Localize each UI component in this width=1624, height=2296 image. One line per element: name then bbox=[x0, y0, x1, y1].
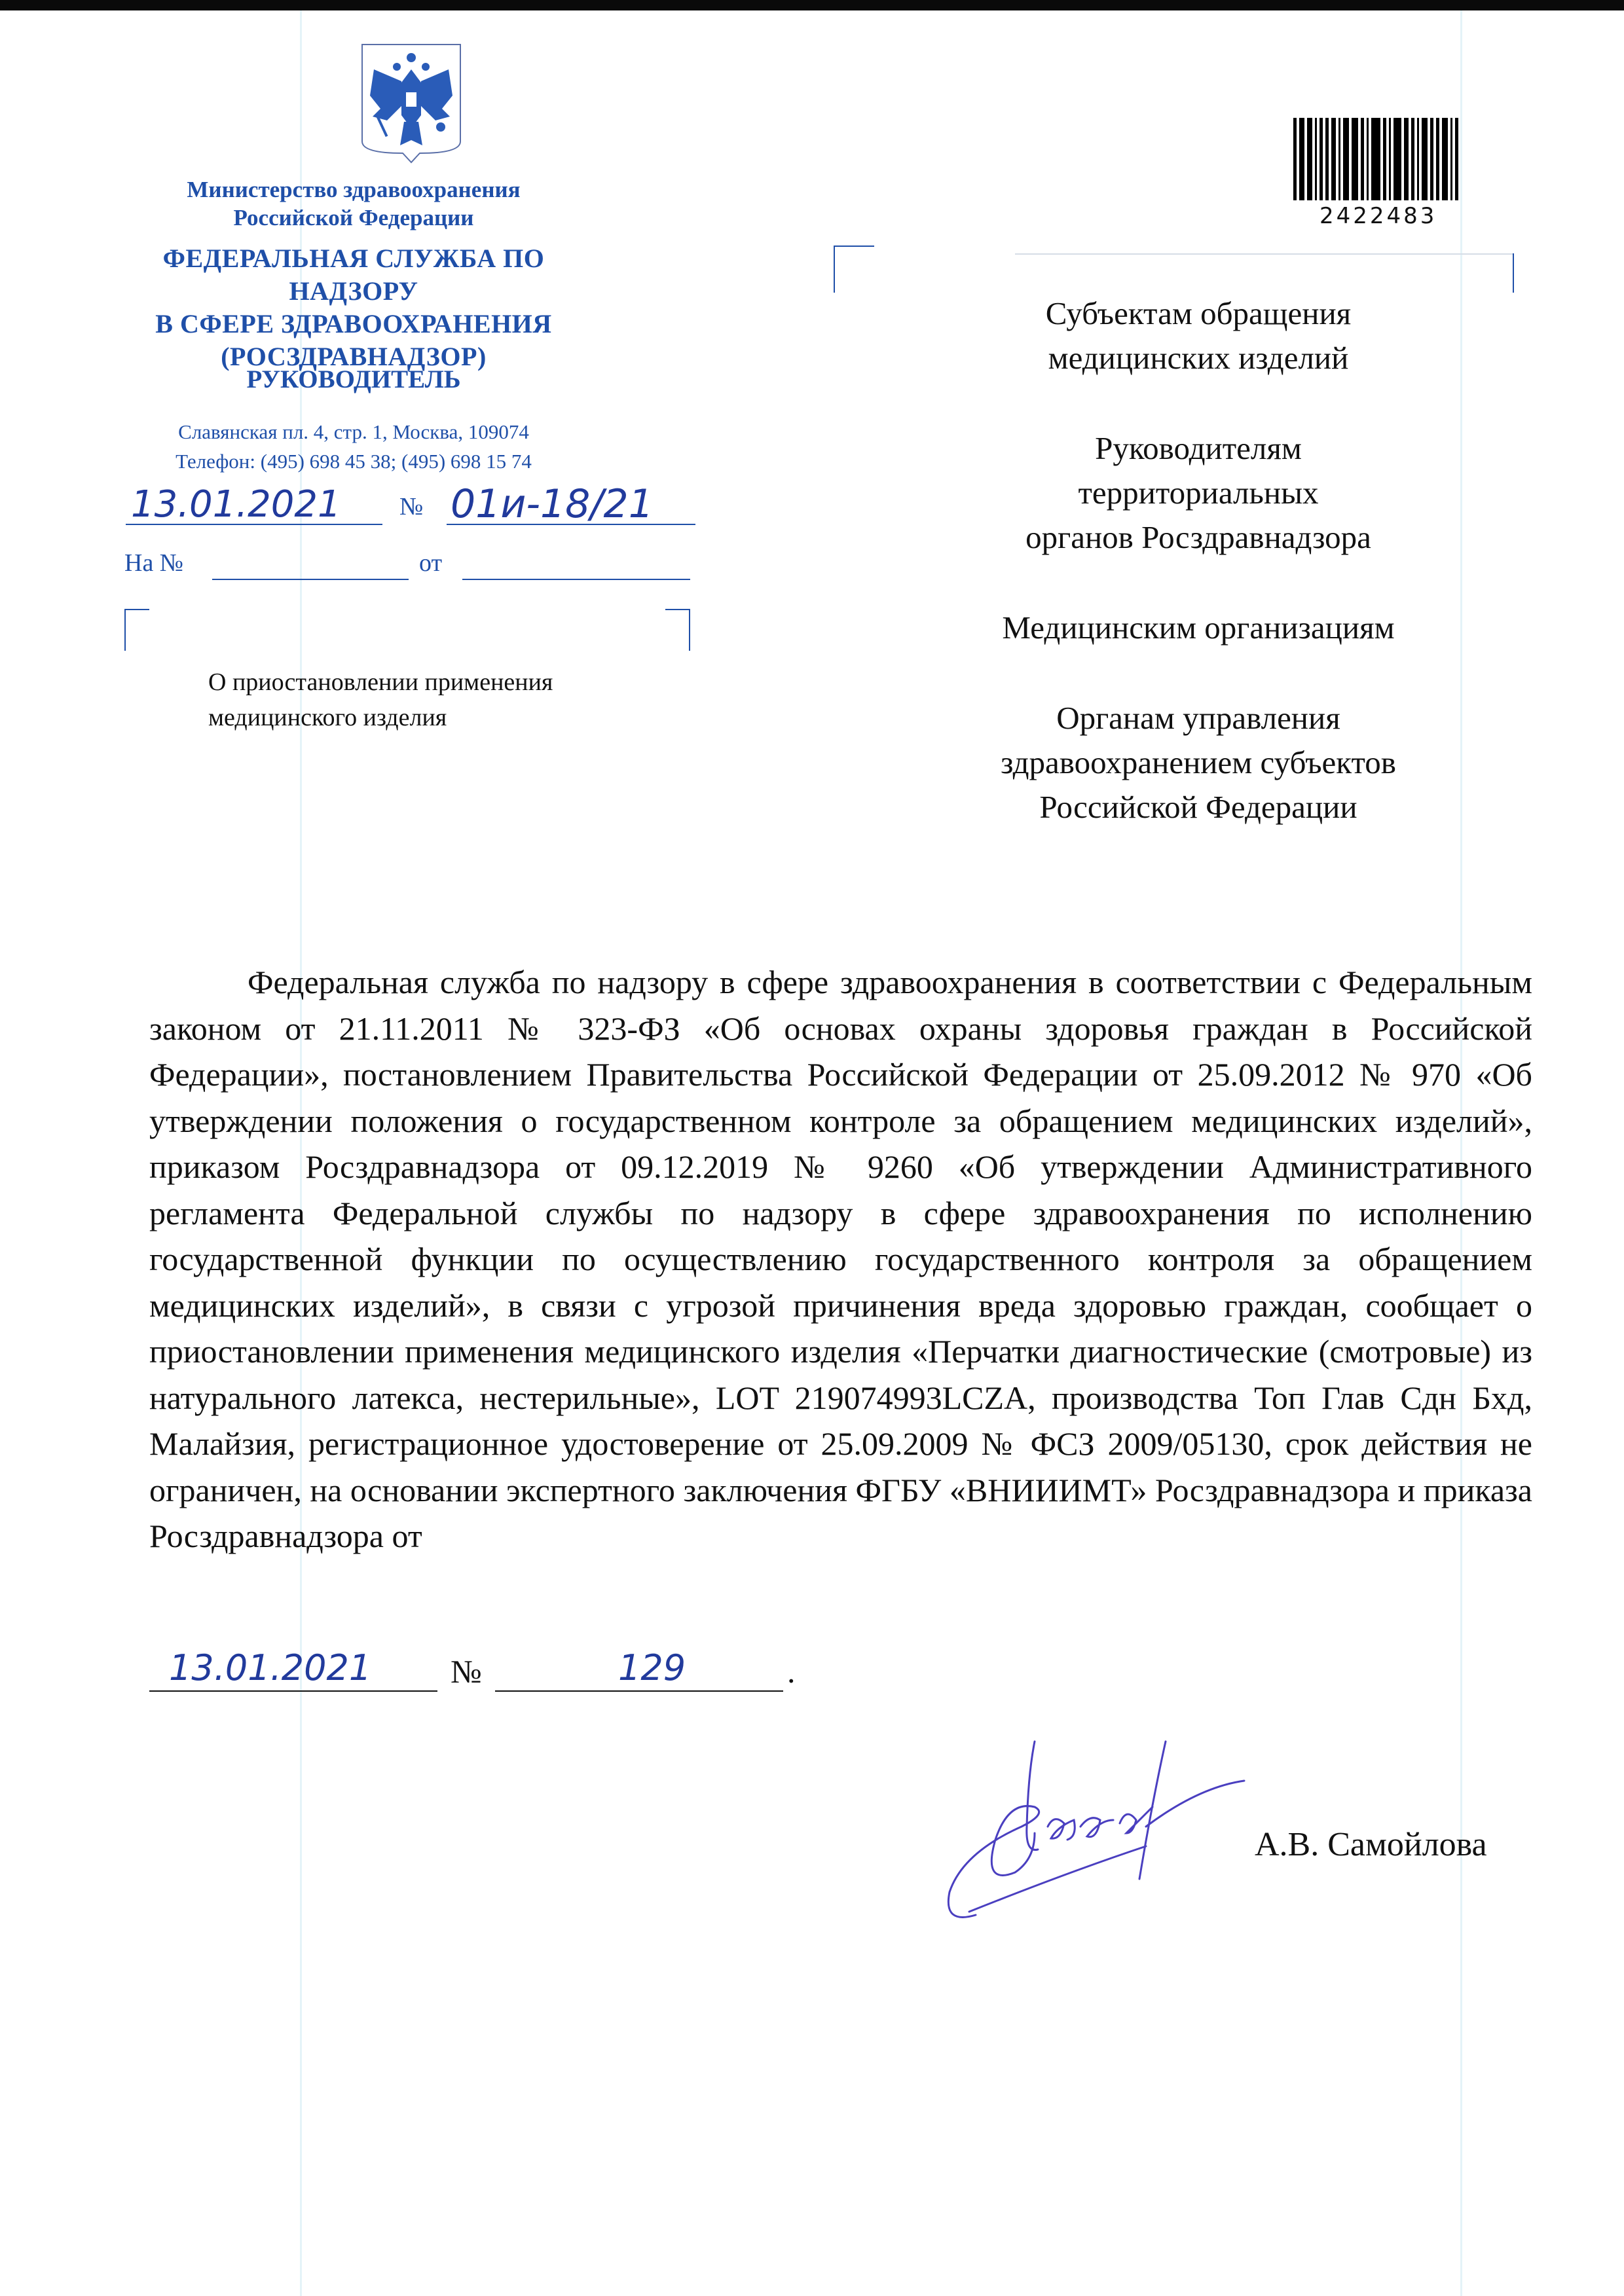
signer-name: А.В. Самойлова bbox=[1255, 1825, 1487, 1864]
coat-of-arms-icon bbox=[361, 43, 462, 164]
registration-number: 01и-18/21 bbox=[451, 481, 654, 527]
scan-top-edge bbox=[0, 0, 1624, 10]
sender-address: Славянская пл. 4, стр. 1, Москва, 109074… bbox=[98, 417, 609, 476]
order-number-underline bbox=[495, 1690, 783, 1692]
subject-bracket-right bbox=[665, 609, 690, 651]
ministry-name: Министерство здравоохранения Российской … bbox=[98, 175, 609, 232]
addressee: Медицинским организациям bbox=[904, 606, 1493, 650]
addressee: Руководителям территориальных органов Ро… bbox=[904, 426, 1493, 560]
reply-to-label: На № bbox=[124, 549, 183, 577]
number-sign: № bbox=[399, 492, 423, 521]
order-date-underline bbox=[149, 1690, 437, 1692]
reply-date-field bbox=[462, 579, 690, 580]
order-date: 13.01.2021 bbox=[169, 1647, 371, 1688]
document-barcode bbox=[1293, 118, 1486, 200]
sender-role: РУКОВОДИТЕЛЬ bbox=[98, 365, 609, 394]
registration-date: 13.01.2021 bbox=[131, 483, 341, 526]
addressee: Субъектам обращения медицинских изделий bbox=[904, 291, 1493, 380]
letter-body: Федеральная служба по надзору в сфере зд… bbox=[149, 959, 1532, 1559]
addressee-guide-line bbox=[1015, 253, 1514, 255]
subject-bracket-left bbox=[124, 609, 149, 651]
addressee: Органам управления здравоохранением субъ… bbox=[904, 696, 1493, 829]
reply-number-field bbox=[212, 579, 409, 580]
addressee-bracket-right bbox=[1513, 253, 1514, 293]
letter-subject: О приостановлении применения медицинског… bbox=[208, 665, 553, 735]
reply-from-label: от bbox=[419, 549, 442, 577]
addressee-bracket-left bbox=[834, 246, 874, 293]
addressee-block: Субъектам обращения медицинских изделий … bbox=[904, 291, 1493, 875]
order-number-sign: № bbox=[451, 1652, 482, 1690]
service-name: ФЕДЕРАЛЬНАЯ СЛУЖБА ПО НАДЗОРУ В СФЕРЕ ЗД… bbox=[98, 242, 609, 373]
order-end-period: . bbox=[787, 1652, 796, 1690]
barcode-number: 2422483 bbox=[1319, 203, 1437, 229]
order-number: 129 bbox=[618, 1647, 686, 1688]
